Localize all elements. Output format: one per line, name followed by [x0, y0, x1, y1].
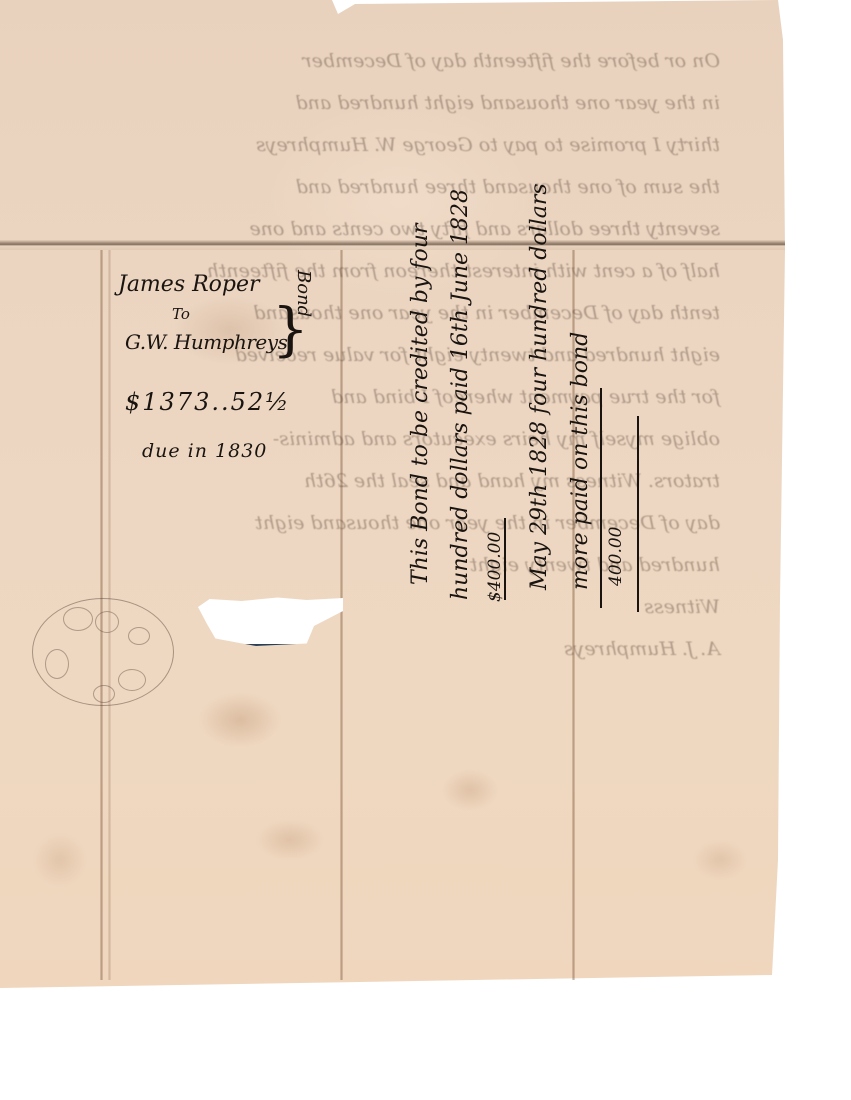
bleed-line: seventy three dollars and fifty two cent… — [10, 208, 780, 250]
bleed-line: the sum of one thousand three hundred an… — [10, 166, 780, 208]
endorsement-2-line-1: May 29th 1828 four hundred dollars — [527, 183, 552, 590]
docket-due-date: due in 1830 — [142, 440, 267, 462]
endorsement-2-rule-right — [637, 416, 639, 612]
docket-obligor: James Roper — [118, 272, 260, 297]
seal-stamp-icon — [32, 598, 174, 706]
bleed-line: day of December in the year one thousand… — [10, 502, 780, 544]
bleed-line: tenth day of December in the year one th… — [10, 292, 780, 334]
endorsement-1-underline — [504, 518, 506, 600]
docket-to: To — [172, 305, 190, 323]
bleed-line: hundred and twenty eight — [10, 544, 780, 586]
bleed-through-text: On or before the fifteenth day of Decemb… — [10, 40, 780, 670]
bleed-line: oblige myself my heirs executors and adm… — [10, 418, 780, 460]
docket-obligee: G.W. Humphreys — [125, 330, 287, 354]
bleed-line: thirty I promise to pay to George W. Hum… — [10, 124, 780, 166]
endorsement-2-rule-left — [600, 388, 602, 608]
bleed-line: in the year one thousand eight hundred a… — [10, 82, 780, 124]
endorsement-1-line-1: This Bond to be credited by four — [408, 224, 433, 586]
docket-label: Bond — [293, 270, 314, 317]
docket-amount: $1373..52½ — [125, 388, 290, 416]
endorsement-1-amount: $400.00 — [485, 532, 505, 602]
bleed-line: On or before the fifteenth day of Decemb… — [10, 40, 780, 82]
endorsement-1-line-2: hundred dollars paid 16th June 1828 — [448, 189, 473, 600]
bleed-line: trators. Witness my hand and seal the 26… — [10, 460, 780, 502]
endorsement-2-line-2: more paid on this bond — [568, 332, 593, 590]
endorsement-2-amount: 400.00 — [606, 527, 626, 586]
